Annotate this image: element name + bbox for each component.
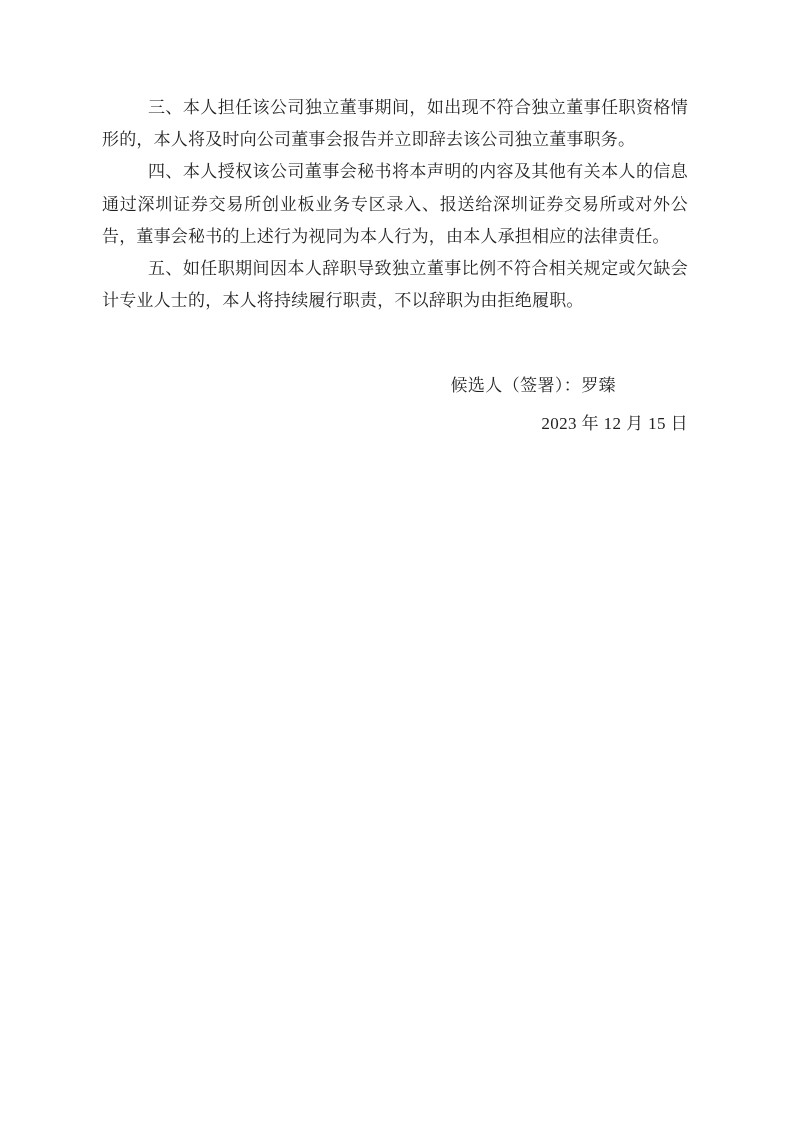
paragraph-item-5: 五、如任职期间因本人辞职导致独立董事比例不符合相关规定或欠缺会计专业人士的，本人…: [102, 253, 688, 317]
candidate-signature-line: 候选人（签署）：罗臻: [102, 367, 688, 405]
signature-block: 候选人（签署）：罗臻 2023 年 12 月 15 日: [102, 367, 688, 443]
signature-date-line: 2023 年 12 月 15 日: [102, 405, 688, 443]
document-page: 三、本人担任该公司独立董事期间，如出现不符合独立董事任职资格情形的，本人将及时向…: [0, 0, 793, 1122]
document-body: 三、本人担任该公司独立董事期间，如出现不符合独立董事任职资格情形的，本人将及时向…: [102, 92, 688, 443]
paragraph-item-4: 四、本人授权该公司董事会秘书将本声明的内容及其他有关本人的信息通过深圳证券交易所…: [102, 156, 688, 253]
paragraph-item-3: 三、本人担任该公司独立董事期间，如出现不符合独立董事任职资格情形的，本人将及时向…: [102, 92, 688, 156]
